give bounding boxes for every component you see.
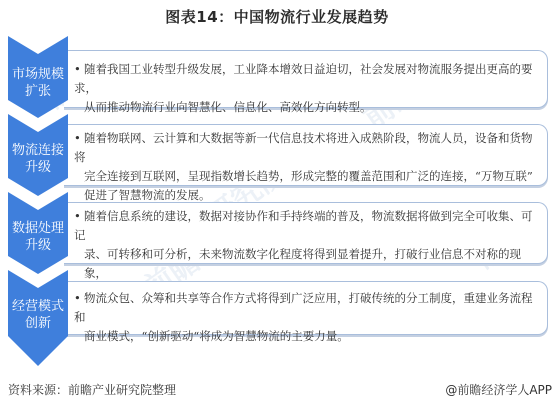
chevron-logistics-connection: 物流连接 升级 — [8, 114, 68, 196]
trend-box-market-expansion: •随着我国工业转型升级发展，工业降本增效日益迫切，社会发展对物流服务提出更高的要… — [64, 50, 548, 108]
credit-note: @前瞻经济学人APP — [445, 381, 552, 398]
chevron-data-processing: 数据处理 升级 — [8, 192, 68, 274]
bullet-icon: • — [74, 289, 84, 308]
trend-box-data-processing: •随着信息系统的建设，数据对接协作和手持终端的普及，物流数据将做到完全可收集、可… — [64, 202, 548, 264]
trend-description: •物流众包、众筹和共享等合作方式将得到广泛应用，打破传统的分工制度，重建业务流程… — [74, 289, 537, 346]
chevron-business-model: 经营模式 创新 — [8, 270, 68, 366]
chevron-label: 经营模式 创新 — [8, 298, 68, 332]
trend-description: •随着我国工业转型升级发展，工业降本增效日益迫切，社会发展对物流服务提出更高的要… — [74, 60, 537, 117]
source-note: 资料来源：前瞻产业研究院整理 — [8, 381, 176, 398]
chevron-label: 物流连接 升级 — [8, 142, 68, 176]
chevron-market-expansion: 市场规模 扩张 — [8, 36, 68, 118]
bullet-icon: • — [74, 129, 84, 148]
trend-description: •随着物联网、云计算和大数据等新一代信息技术将进入成熟阶段，物流人员，设备和货物… — [74, 129, 537, 205]
bullet-icon: • — [74, 60, 84, 79]
chevron-label: 数据处理 升级 — [8, 220, 68, 254]
trend-box-logistics-connection: •随着物联网、云计算和大数据等新一代信息技术将进入成熟阶段，物流人员，设备和货物… — [64, 124, 548, 186]
chevron-label: 市场规模 扩张 — [8, 66, 68, 100]
figure-title: 图表14：中国物流行业发展趋势 — [0, 6, 554, 27]
bullet-icon: • — [74, 207, 84, 226]
trend-box-business-model: •物流众包、众筹和共享等合作方式将得到广泛应用，打破传统的分工制度，重建业务流程… — [64, 281, 548, 335]
